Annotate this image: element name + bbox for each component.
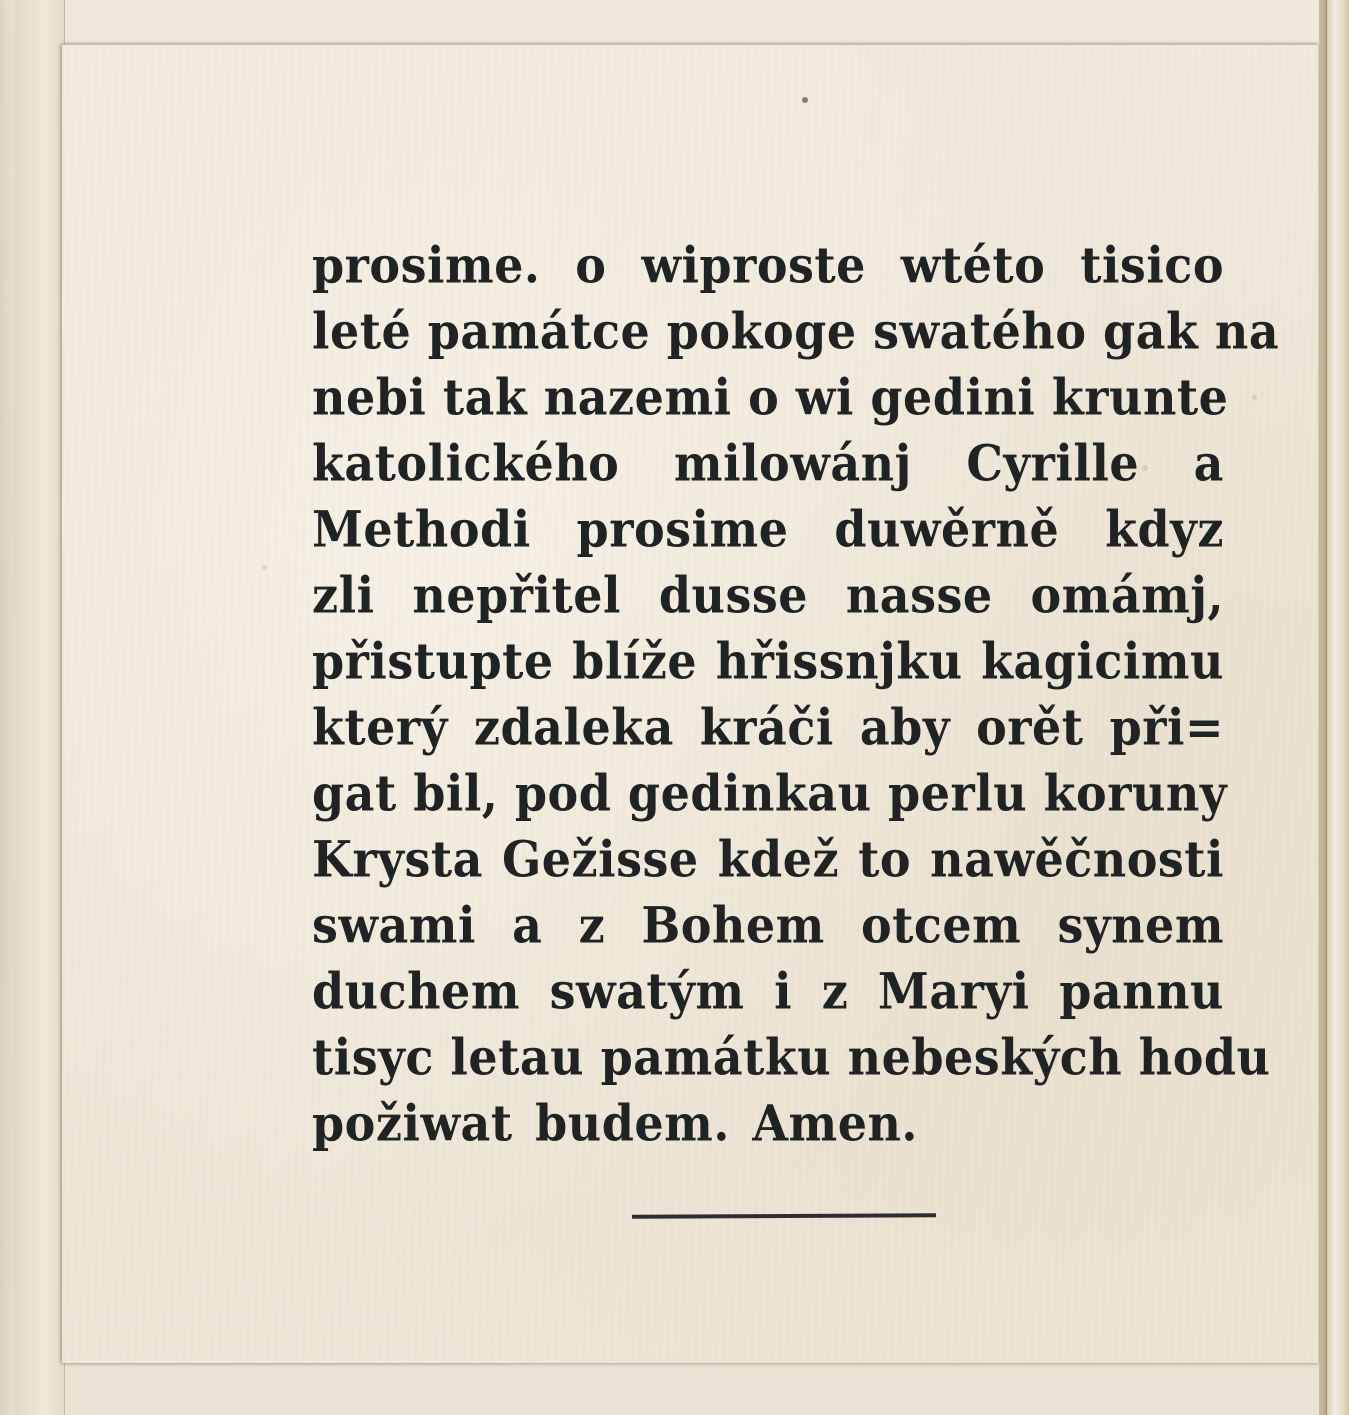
right-paper-edge [1326,0,1349,1415]
text-line-final: požiwat budem. Amen. [312,1087,1224,1158]
text-line: přistupte blíže hřissnjku kagicimu [312,625,1224,696]
text-line: prosime. o wiproste wtéto tisico [312,229,1224,300]
left-paper-edge [14,0,65,1415]
body-text: prosime. o wiproste wtéto tisico leté pa… [312,232,1224,1156]
text-line: katolického milowánj Cyrille a [312,427,1224,498]
text-line: Krysta Gežisse kdež to nawěčnosti [312,823,1224,894]
text-line: duchem swatým i z Maryi pannu [312,955,1224,1026]
text-line: který zdaleka kráči aby orět při= [312,691,1224,762]
foxing-spot [1252,395,1257,400]
text-line: gat bil, pod gedinkau perlu koruny [312,757,1224,828]
ink-speck [802,97,808,103]
foxing-spot [262,565,267,570]
text-line: leté památce pokoge swatého gak na [312,295,1224,366]
text-line: nebi tak nazemi o wi gedini krunte [312,361,1224,432]
text-line: zli nepřitel dusse nasse omámj, [312,559,1224,630]
text-line: swami a z Bohem otcem synem [312,889,1224,960]
text-line: tisyc letau památku nebeských hodu [312,1021,1224,1092]
text-line: Methodi prosime duwěrně kdyz [312,493,1224,564]
